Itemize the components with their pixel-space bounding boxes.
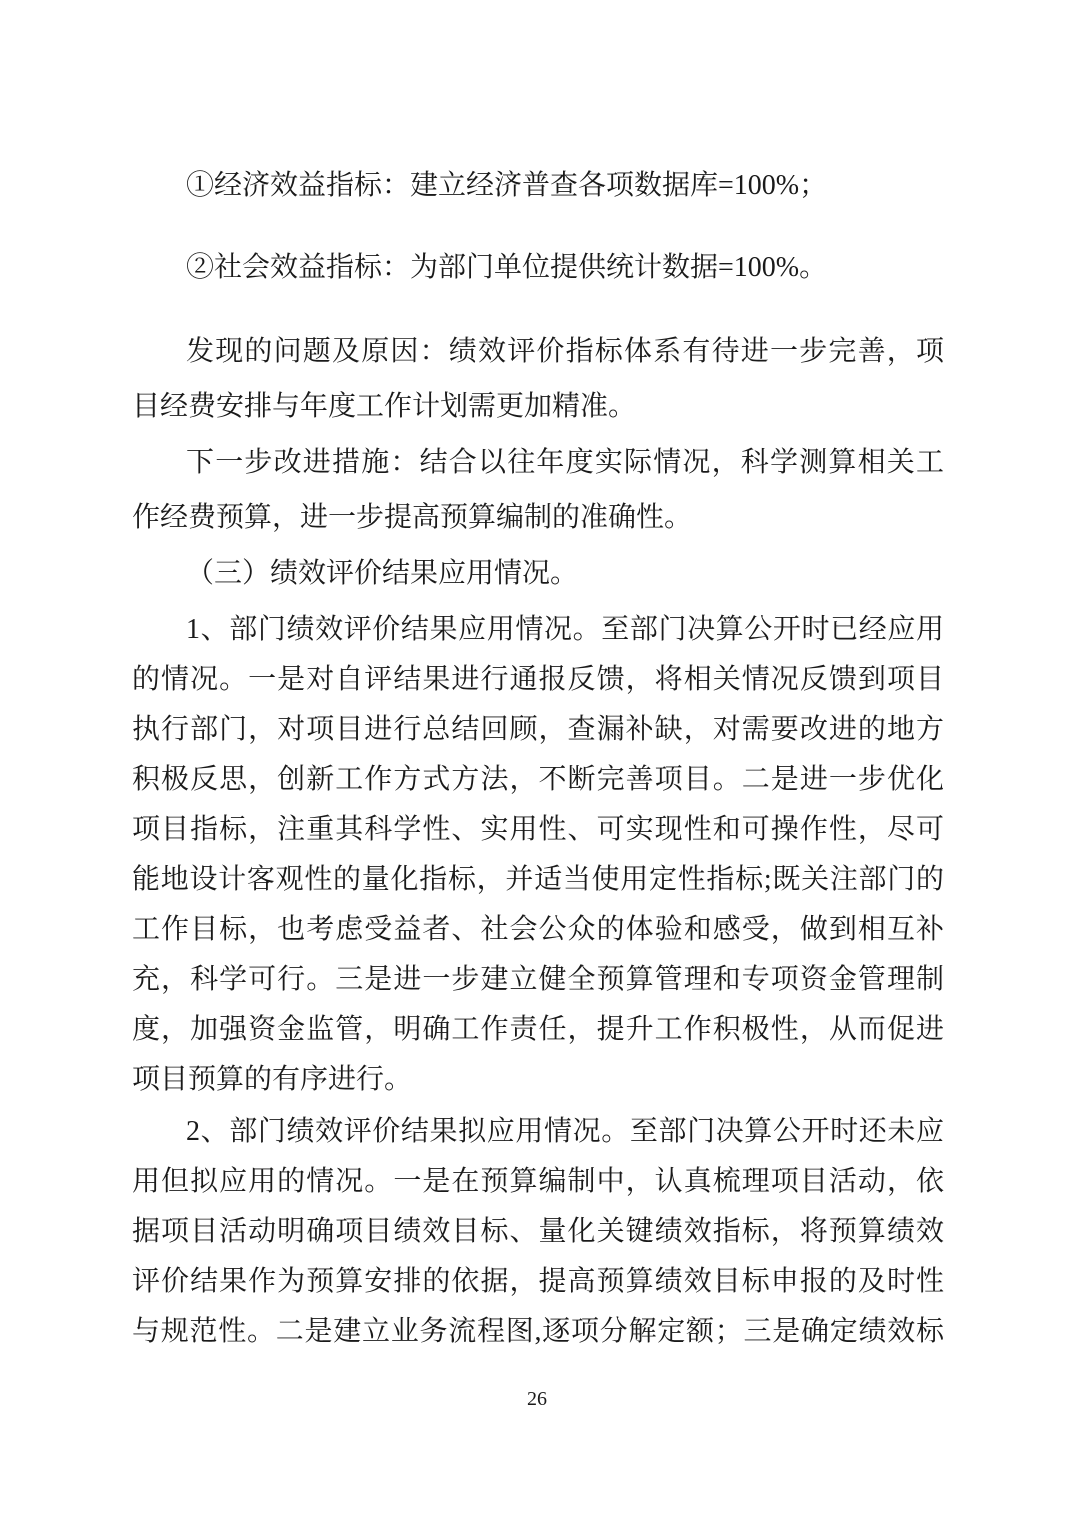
text-line: 下一步改进措施：结合以往年度实际情况，科学测算相关工 <box>132 435 944 490</box>
document-page: ①经济效益指标：建立经济普查各项数据库=100%；②社会效益指标：为部门单位提供… <box>0 0 1074 1520</box>
text-line: ②社会效益指标：为部门单位提供统计数据=100%。 <box>132 240 944 295</box>
text-line: 发现的问题及原因：绩效评价指标体系有待进一步完善，项 <box>132 324 944 379</box>
text-line: 项目指标，注重其科学性、实用性、可实现性和可操作性，尽可 <box>132 805 944 855</box>
text-line: 的情况。一是对自评结果进行通报反馈，将相关情况反馈到项目 <box>132 655 944 705</box>
text-line: 积极反思，创新工作方式方法，不断完善项目。二是进一步优化 <box>132 755 944 805</box>
paragraph-planned-results: 2、部门绩效评价结果拟应用情况。至部门决算公开时还未应用但拟应用的情况。一是在预… <box>132 1107 944 1357</box>
text-line: 评价结果作为预算安排的依据，提高预算绩效目标申报的及时性 <box>132 1257 944 1307</box>
paragraph-problems-and-causes: 发现的问题及原因：绩效评价指标体系有待进一步完善，项目经费安排与年度工作计划需更… <box>132 324 944 434</box>
text-line: 充，科学可行。三是进一步建立健全预算管理和专项资金管理制 <box>132 955 944 1005</box>
text-line: 1、部门绩效评价结果应用情况。至部门决算公开时已经应用 <box>132 605 944 655</box>
paragraph-applied-results: 1、部门绩效评价结果应用情况。至部门决算公开时已经应用的情况。一是对自评结果进行… <box>132 605 944 1105</box>
text-line: （三）绩效评价结果应用情况。 <box>132 546 944 601</box>
text-line: 2、部门绩效评价结果拟应用情况。至部门决算公开时还未应 <box>132 1107 944 1157</box>
text-line: 项目预算的有序进行。 <box>132 1055 944 1105</box>
text-line: 与规范性。二是建立业务流程图,逐项分解定额；三是确定绩效标 <box>132 1307 944 1357</box>
text-line: 工作目标，也考虑受益者、社会公众的体验和感受，做到相互补 <box>132 905 944 955</box>
text-line: 据项目活动明确项目绩效目标、量化关键绩效指标，将预算绩效 <box>132 1207 944 1257</box>
paragraph-improvement-measures: 下一步改进措施：结合以往年度实际情况，科学测算相关工作经费预算，进一步提高预算编… <box>132 435 944 545</box>
text-line: 度，加强资金监管，明确工作责任，提升工作积极性，从而促进 <box>132 1005 944 1055</box>
text-line: 执行部门，对项目进行总结回顾，查漏补缺，对需要改进的地方 <box>132 705 944 755</box>
page-number: 26 <box>0 1388 1074 1411</box>
paragraph-social-benefit-indicator: ②社会效益指标：为部门单位提供统计数据=100%。 <box>132 240 944 295</box>
text-line: 能地设计客观性的量化指标，并适当使用定性指标;既关注部门的 <box>132 855 944 905</box>
paragraph-section-three-heading: （三）绩效评价结果应用情况。 <box>132 546 944 601</box>
document-body: ①经济效益指标：建立经济普查各项数据库=100%；②社会效益指标：为部门单位提供… <box>132 158 944 1357</box>
text-line: 用但拟应用的情况。一是在预算编制中，认真梳理项目活动，依 <box>132 1157 944 1207</box>
text-line: 目经费安排与年度工作计划需更加精准。 <box>132 379 944 434</box>
text-line: 作经费预算，进一步提高预算编制的准确性。 <box>132 490 944 545</box>
text-line: ①经济效益指标：建立经济普查各项数据库=100%； <box>132 158 944 213</box>
paragraph-economic-benefit-indicator: ①经济效益指标：建立经济普查各项数据库=100%； <box>132 158 944 213</box>
